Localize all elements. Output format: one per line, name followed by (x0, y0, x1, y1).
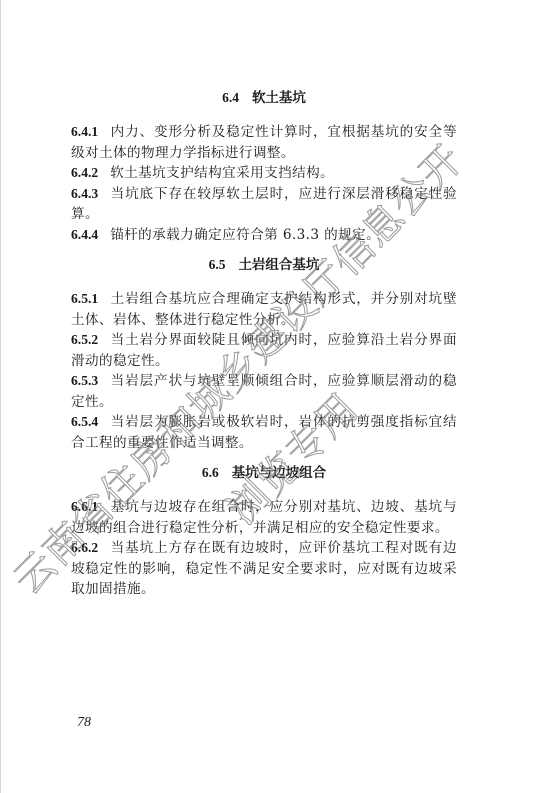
clause-number: 6.6.1 (71, 499, 98, 514)
section-heading-6-5: 6.5土岩组合基坑 (71, 255, 457, 275)
clause-number: 6.5.4 (71, 414, 98, 429)
clause-text: 当坑底下存在较厚软土层时，应进行深层滑移稳定性验算。 (71, 186, 457, 223)
section-title: 软土基坑 (252, 90, 306, 106)
section-heading-6-4: 6.4软土基坑 (71, 88, 457, 108)
section-number: 6.4 (222, 90, 239, 105)
clause-text: 当土岩分界面较陡且倾向坑内时，应验算沿土岩分界面滑动的稳定性。 (71, 332, 457, 369)
clause-number: 6.4.4 (71, 227, 98, 242)
clause-number: 6.4.2 (71, 165, 98, 180)
clause-text: 内力、变形分析及稳定性计算时，宜根据基坑的安全等级对土体的物理力学指标进行调整。 (71, 124, 457, 161)
clause-6-6-1: 6.6.1基坑与边坡存在组合时，应分别对基坑、边坡、基坑与边坡的组合进行稳定性分… (71, 497, 457, 538)
spacer (71, 453, 457, 463)
clause-text: 基坑与边坡存在组合时，应分别对基坑、边坡、基坑与边坡的组合进行稳定性分析，并满足… (71, 499, 457, 536)
clause-number: 6.4.1 (71, 124, 98, 139)
clause-number: 6.5.2 (71, 332, 98, 347)
clause-6-5-1: 6.5.1土岩组合基坑应合理确定支护结构形式，并分别对坑壁土体、岩体、整体进行稳… (71, 289, 457, 330)
clause-text: 锚杆的承载力确定应符合第 6.3.3 的规定。 (110, 227, 380, 243)
section-number: 6.5 (209, 257, 226, 272)
section-heading-6-6: 6.6基坑与边坡组合 (71, 463, 457, 483)
clause-6-5-3: 6.5.3当岩层产状与坑壁呈顺倾组合时，应验算顺层滑动的稳定性。 (71, 371, 457, 412)
clause-number: 6.6.2 (71, 540, 98, 555)
spacer (71, 245, 457, 255)
clause-6-6-2: 6.6.2当基坑上方存在既有边坡时，应评价基坑工程对既有边坡稳定性的影响，稳定性… (71, 538, 457, 600)
clause-number: 6.4.3 (71, 186, 98, 201)
clause-6-4-4: 6.4.4锚杆的承载力确定应符合第 6.3.3 的规定。 (71, 225, 457, 246)
section-title: 土岩组合基坑 (238, 257, 319, 273)
clause-6-5-2: 6.5.2当土岩分界面较陡且倾向坑内时，应验算沿土岩分界面滑动的稳定性。 (71, 330, 457, 371)
clause-text: 当岩层为膨胀岩或极软岩时，岩体的抗剪强度指标宜结合工程的重要性作适当调整。 (71, 414, 457, 451)
clause-number: 6.5.3 (71, 373, 98, 388)
clause-number: 6.5.1 (71, 291, 98, 306)
clause-text: 软土基坑支护结构宜采用支挡结构。 (110, 165, 334, 181)
page-number: 78 (77, 715, 91, 731)
clause-6-4-3: 6.4.3当坑底下存在较厚软土层时，应进行深层滑移稳定性验算。 (71, 184, 457, 225)
clause-6-5-4: 6.5.4当岩层为膨胀岩或极软岩时，岩体的抗剪强度指标宜结合工程的重要性作适当调… (71, 412, 457, 453)
clause-text: 当岩层产状与坑壁呈顺倾组合时，应验算顺层滑动的稳定性。 (71, 373, 457, 410)
section-number: 6.6 (202, 465, 219, 480)
page-content: 6.4软土基坑 6.4.1内力、变形分析及稳定性计算时，宜根据基坑的安全等级对土… (71, 88, 457, 600)
clause-6-4-2: 6.4.2软土基坑支护结构宜采用支挡结构。 (71, 163, 457, 184)
clause-text: 当基坑上方存在既有边坡时，应评价基坑工程对既有边坡稳定性的影响，稳定性不满足安全… (71, 540, 457, 597)
document-page: 6.4软土基坑 6.4.1内力、变形分析及稳定性计算时，宜根据基坑的安全等级对土… (0, 0, 536, 793)
clause-6-4-1: 6.4.1内力、变形分析及稳定性计算时，宜根据基坑的安全等级对土体的物理力学指标… (71, 122, 457, 163)
section-title: 基坑与边坡组合 (232, 465, 327, 481)
clause-text: 土岩组合基坑应合理确定支护结构形式，并分别对坑壁土体、岩体、整体进行稳定性分析。 (71, 291, 457, 328)
